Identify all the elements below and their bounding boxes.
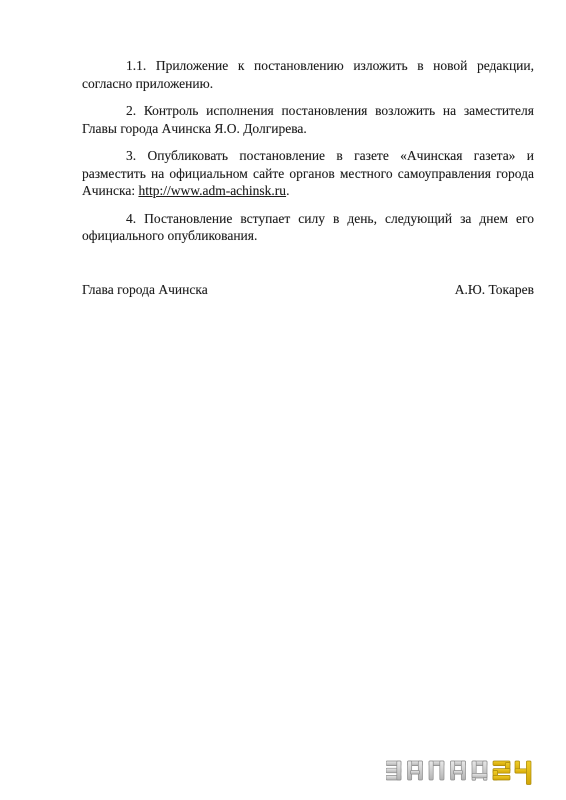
logo-gold-digits [493, 761, 531, 785]
paragraph-2: 2. Контроль исполнения постановления воз… [82, 102, 534, 137]
paragraph-4: 4. Постановление вступает силу в день, с… [82, 210, 534, 245]
text-line: Главы города Ачинска Я.О. Долгирева. [82, 120, 534, 138]
paragraph-3: 3. Опубликовать постановление в газете «… [82, 147, 534, 200]
text-line: 3. Опубликовать постановление в газете «… [82, 147, 534, 165]
text-line: 2. Контроль исполнения постановления воз… [82, 102, 534, 120]
link-prefix-text: Ачинска: [82, 183, 138, 198]
signature-title: Глава города Ачинска [82, 281, 208, 299]
paragraph-3-lines: 3. Опубликовать постановление в газете «… [82, 147, 534, 182]
link-suffix-text: . [286, 183, 289, 198]
document-body: 1.1. Приложение к постановлению изложить… [82, 57, 534, 298]
text-line: официального опубликования. [82, 227, 534, 245]
paragraph-3-last-line: Ачинска: http://www.adm-achinsk.ru. [82, 182, 534, 200]
site-link[interactable]: http://www.adm-achinsk.ru [138, 183, 286, 198]
text-line: 1.1. Приложение к постановлению изложить… [82, 57, 534, 75]
document-page: 1.1. Приложение к постановлению изложить… [0, 0, 566, 800]
zapad24-logo [386, 759, 536, 787]
text-line: 4. Постановление вступает силу в день, с… [82, 210, 534, 228]
logo-gray-letters [386, 761, 487, 780]
text-line: разместить на официальном сайте органов … [82, 165, 534, 183]
paragraph-1-1: 1.1. Приложение к постановлению изложить… [82, 57, 534, 92]
signature-name: А.Ю. Токарев [455, 281, 534, 299]
text-line: согласно приложению. [82, 75, 534, 93]
signature-row: Глава города Ачинска А.Ю. Токарев [82, 281, 534, 299]
